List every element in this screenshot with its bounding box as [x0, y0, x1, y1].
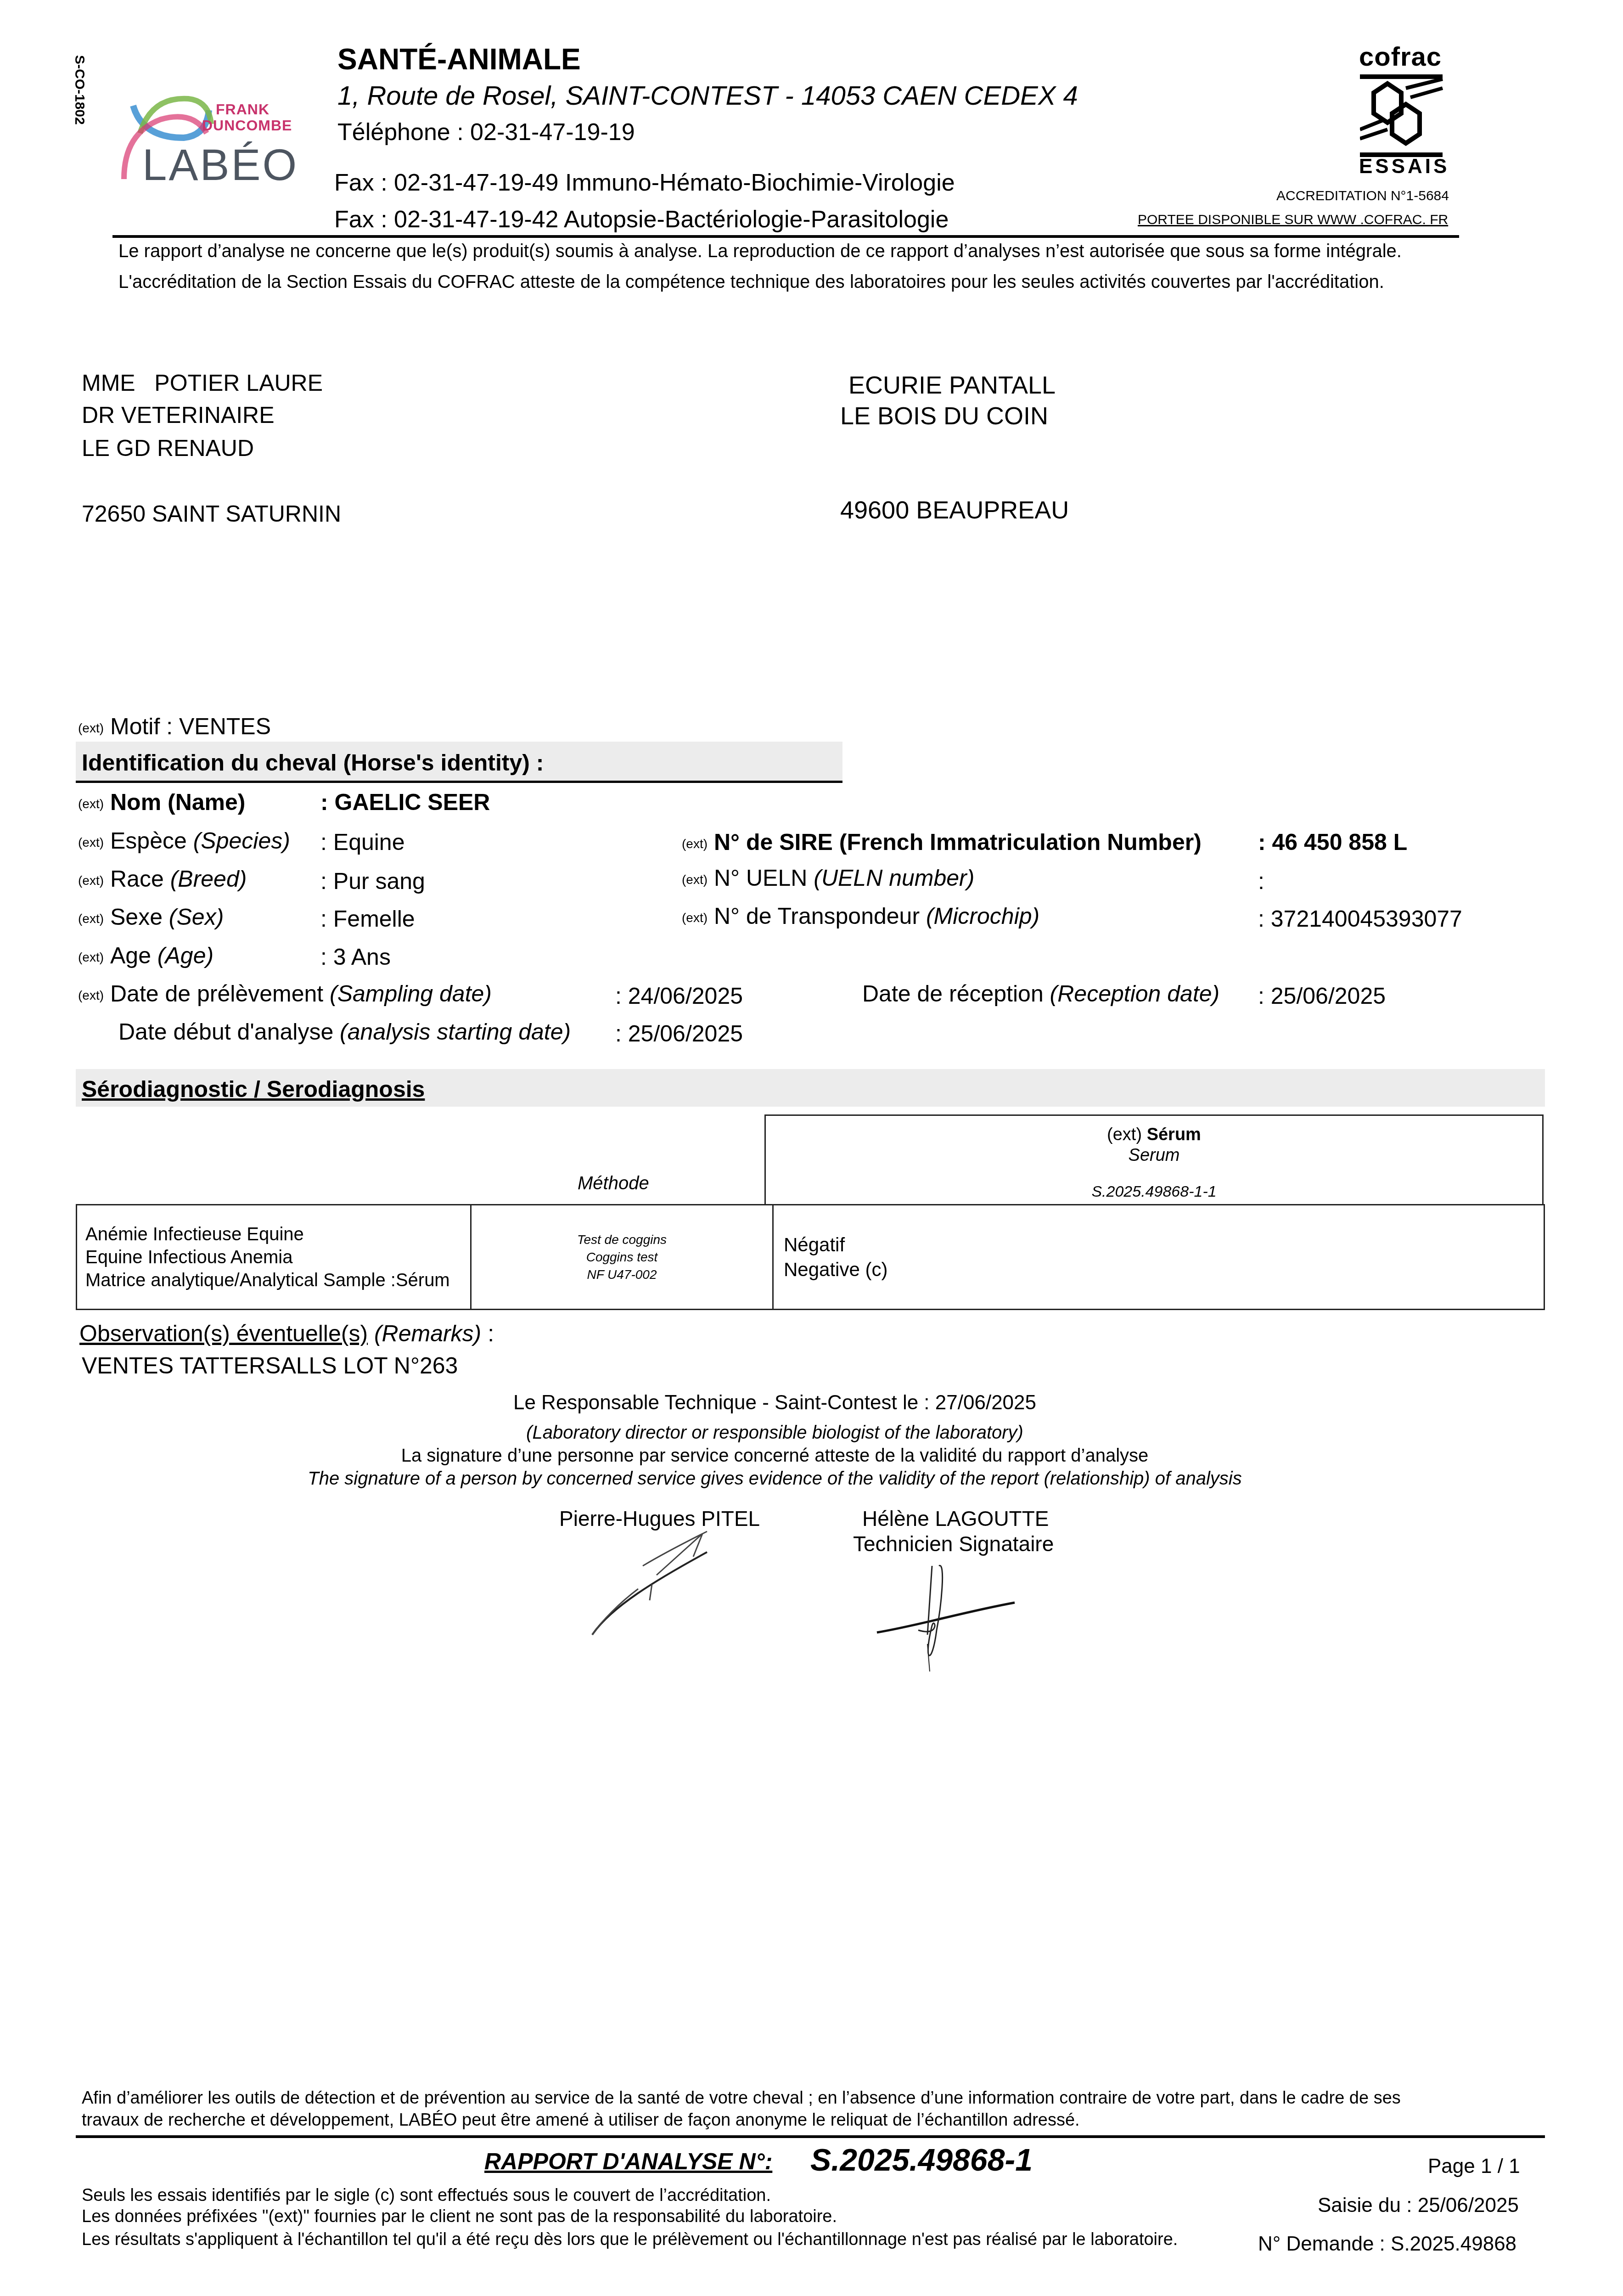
- species-label: Espèce: [110, 828, 193, 854]
- ueln-row: (ext)N° UELN (UELN number): [682, 865, 974, 891]
- signature-2-icon: [872, 1561, 1056, 1699]
- motif-row: (ext)Motif : VENTES: [78, 713, 271, 740]
- recipient-line-2: DR VETERINAIRE: [82, 402, 275, 428]
- sample-header-title-line: (ext) Sérum: [766, 1125, 1542, 1145]
- analysis-date-label: Date début d'analyse: [118, 1019, 340, 1045]
- serodiagnosis-title: Sérodiagnostic / Serodiagnosis: [82, 1076, 425, 1103]
- microchip-label-en: (Microchip): [926, 903, 1039, 929]
- header-divider: [112, 235, 1459, 238]
- reception-date-label-en: (Reception date): [1050, 981, 1220, 1007]
- result-cell: Négatif Negative (c): [773, 1205, 1544, 1310]
- analyte-cell: Anémie Infectieuse Equine Equine Infecti…: [77, 1205, 471, 1310]
- document-code: S-CO-1802: [72, 55, 87, 125]
- research-note-line-2: travaux de recherche et développement, L…: [82, 2110, 1080, 2130]
- reception-date-value: : 25/06/2025: [1258, 983, 1386, 1009]
- responsible-line: Le Responsable Technique - Saint-Contest…: [0, 1391, 1623, 1414]
- analysis-date-label-en: (analysis starting date): [340, 1019, 571, 1045]
- sex-value: : Femelle: [320, 906, 415, 932]
- footer-note-3: Les résultats s'appliquent à l'échantill…: [82, 2230, 1178, 2250]
- lab-fax-2: Fax : 02-31-47-19-42 Autopsie-Bactériolo…: [334, 206, 949, 233]
- analysis-date-row: Date début d'analyse (analysis starting …: [118, 1019, 571, 1045]
- remarks-colon: :: [481, 1321, 494, 1346]
- microchip-label: N° de Transpondeur: [714, 903, 926, 929]
- cofrac-essais: ESSAIS: [1359, 155, 1449, 178]
- ext-tag: (ext): [682, 911, 708, 925]
- disclaimer-line-1: Le rapport d’analyse ne concerne que le(…: [118, 241, 1402, 262]
- responsible-line-en: (Laboratory director or responsible biol…: [0, 1423, 1623, 1443]
- reception-date-row: Date de réception (Reception date): [862, 980, 1219, 1007]
- remarks-label-en: (Remarks): [368, 1321, 481, 1346]
- ext-tag: (ext): [78, 988, 104, 1002]
- species-value: : Equine: [320, 829, 404, 855]
- species-row: (ext)Espèce (Species): [78, 827, 290, 854]
- saisie-date: Saisie du : 25/06/2025: [1318, 2194, 1519, 2217]
- ueln-label: N° UELN: [714, 865, 814, 891]
- owner-line-1: ECURIE PANTALL: [848, 371, 1056, 400]
- validity-fr: La signature d’une personne par service …: [0, 1446, 1623, 1466]
- ext-tag: (ext): [78, 950, 104, 964]
- lab-title: SANTÉ-ANIMALE: [337, 42, 581, 76]
- sire-row: (ext)N° de SIRE (French Immatriculation …: [682, 829, 1202, 855]
- cofrac-portee-link[interactable]: PORTEE DISPONIBLE SUR WWW .COFRAC. FR: [1138, 212, 1448, 228]
- footer-divider: [76, 2135, 1545, 2138]
- lab-fax-1: Fax : 02-31-47-19-49 Immuno-Hémato-Bioch…: [334, 169, 955, 197]
- owner-line-3: 49600 BEAUPREAU: [840, 496, 1069, 524]
- method-en: Coggins test: [472, 1249, 772, 1266]
- ext-tag: (ext): [78, 912, 104, 926]
- sample-ext-tag: (ext): [1107, 1125, 1147, 1144]
- ext-tag: (ext): [78, 721, 104, 735]
- table-row: Anémie Infectieuse Equine Equine Infecti…: [77, 1205, 1544, 1310]
- reception-date-label: Date de réception: [862, 981, 1050, 1007]
- logo-frank: FRANK: [216, 101, 270, 118]
- analysis-date-value: : 25/06/2025: [615, 1020, 743, 1047]
- signer-2-role: Technicien Signataire: [853, 1531, 1054, 1556]
- age-label-en: (Age): [157, 943, 213, 968]
- age-value: : 3 Ans: [320, 944, 391, 970]
- sex-label-en: (Sex): [169, 904, 224, 930]
- horse-name-value: : GAELIC SEER: [320, 789, 490, 816]
- cofrac-accreditation: ACCREDITATION N°1-5684: [1276, 188, 1449, 204]
- sire-label: N° de SIRE (French Immatriculation Numbe…: [714, 829, 1202, 855]
- age-row: (ext)Age (Age): [78, 942, 213, 969]
- analyte-matrix: Matrice analytique/Analytical Sample :Sé…: [85, 1269, 470, 1292]
- identity-section-title: Identification du cheval (Horse's identi…: [82, 749, 544, 776]
- sample-title: Sérum: [1147, 1125, 1201, 1144]
- cofrac-word: cofrac: [1359, 41, 1442, 72]
- method-header: Méthode: [578, 1173, 649, 1194]
- report-label: RAPPORT D'ANALYSE N°:: [484, 2148, 772, 2175]
- age-label: Age: [110, 943, 157, 968]
- cofrac-hexagon-icon: [1360, 74, 1445, 157]
- ext-tag: (ext): [78, 835, 104, 850]
- cofrac-logo: cofrac ESSAIS: [1359, 41, 1451, 179]
- sex-label: Sexe: [110, 904, 169, 930]
- validity-en: The signature of a person by concerned s…: [0, 1469, 1623, 1489]
- recipient-line-4: 72650 SAINT SATURNIN: [82, 501, 341, 527]
- result-fr: Négatif: [784, 1232, 1544, 1257]
- ext-tag: (ext): [78, 797, 104, 811]
- results-table: Anémie Infectieuse Equine Equine Infecti…: [76, 1204, 1545, 1310]
- analyte-en: Equine Infectious Anemia: [85, 1246, 470, 1269]
- disclaimer-line-2: L'accréditation de la Section Essais du …: [118, 272, 1384, 293]
- signature-1-icon: [574, 1529, 758, 1667]
- lab-address: 1, Route de Rosel, SAINT-CONTEST - 14053…: [337, 80, 1078, 111]
- method-norm: NF U47-002: [472, 1266, 772, 1283]
- motif-value: Motif : VENTES: [110, 714, 271, 739]
- microchip-value: : 372140045393077: [1258, 906, 1462, 932]
- sampling-date-value: : 24/06/2025: [615, 983, 743, 1009]
- remarks-label-fr: Observation(s) éventuelle(s): [79, 1321, 368, 1346]
- sample-header-cell: (ext) Sérum Serum S.2025.49868-1-1: [764, 1114, 1544, 1204]
- horse-name-label: Nom (Name): [110, 789, 245, 815]
- lab-phone: Téléphone : 02-31-47-19-19: [337, 118, 635, 146]
- sampling-date-label: Date de prélèvement: [110, 981, 330, 1007]
- logo-duncombe: DUNCOMBE: [202, 117, 292, 134]
- owner-line-2: LE BOIS DU COIN: [840, 402, 1048, 430]
- sample-subtitle: Serum: [766, 1146, 1542, 1165]
- breed-label-en: (Breed): [170, 866, 247, 892]
- breed-value: : Pur sang: [320, 868, 425, 895]
- sampling-date-label-en: (Sampling date): [330, 981, 492, 1007]
- sampling-date-row: (ext)Date de prélèvement (Sampling date): [78, 980, 492, 1007]
- signer-1-name: Pierre-Hugues PITEL: [559, 1506, 760, 1531]
- identity-underline: [76, 781, 842, 783]
- analyte-fr: Anémie Infectieuse Equine: [85, 1223, 470, 1246]
- sire-value: : 46 450 858 L: [1258, 829, 1407, 855]
- method-cell: Test de coggins Coggins test NF U47-002: [471, 1205, 773, 1310]
- footer-note-1: Seuls les essais identifiés par le sigle…: [82, 2186, 771, 2206]
- method-fr: Test de coggins: [472, 1231, 772, 1249]
- remarks-label: Observation(s) éventuelle(s) (Remarks) :: [79, 1320, 494, 1347]
- species-label-en: (Species): [193, 828, 290, 854]
- breed-row: (ext)Race (Breed): [78, 866, 247, 892]
- labeo-logo: FRANK DUNCOMBE LABÉO: [115, 78, 321, 197]
- signer-2-name: Hélène LAGOUTTE: [862, 1506, 1049, 1531]
- footer-note-2: Les données préfixées "(ext)" fournies p…: [82, 2207, 837, 2227]
- ueln-value: :: [1258, 868, 1264, 895]
- result-en: Negative (c): [784, 1257, 1544, 1282]
- microchip-row: (ext)N° de Transpondeur (Microchip): [682, 903, 1039, 929]
- ext-tag: (ext): [682, 837, 708, 851]
- ext-tag: (ext): [682, 872, 708, 887]
- horse-name-row: (ext)Nom (Name): [78, 789, 245, 816]
- recipient-line-1: MME POTIER LAURE: [82, 370, 323, 396]
- sex-row: (ext)Sexe (Sex): [78, 904, 224, 930]
- sample-id: S.2025.49868-1-1: [766, 1183, 1542, 1201]
- remarks-value: VENTES TATTERSALLS LOT N°263: [82, 1352, 458, 1379]
- research-note-line-1: Afin d’améliorer les outils de détection…: [82, 2088, 1401, 2108]
- demande-number: N° Demande : S.2025.49868: [1258, 2233, 1516, 2256]
- ext-tag: (ext): [78, 873, 104, 888]
- logo-brand: LABÉO: [142, 140, 298, 191]
- report-number: S.2025.49868-1: [810, 2142, 1033, 2178]
- recipient-line-3: LE GD RENAUD: [82, 435, 254, 461]
- page-number: Page 1 / 1: [1428, 2155, 1520, 2178]
- breed-label: Race: [110, 866, 170, 892]
- ueln-label-en: (UELN number): [814, 865, 974, 891]
